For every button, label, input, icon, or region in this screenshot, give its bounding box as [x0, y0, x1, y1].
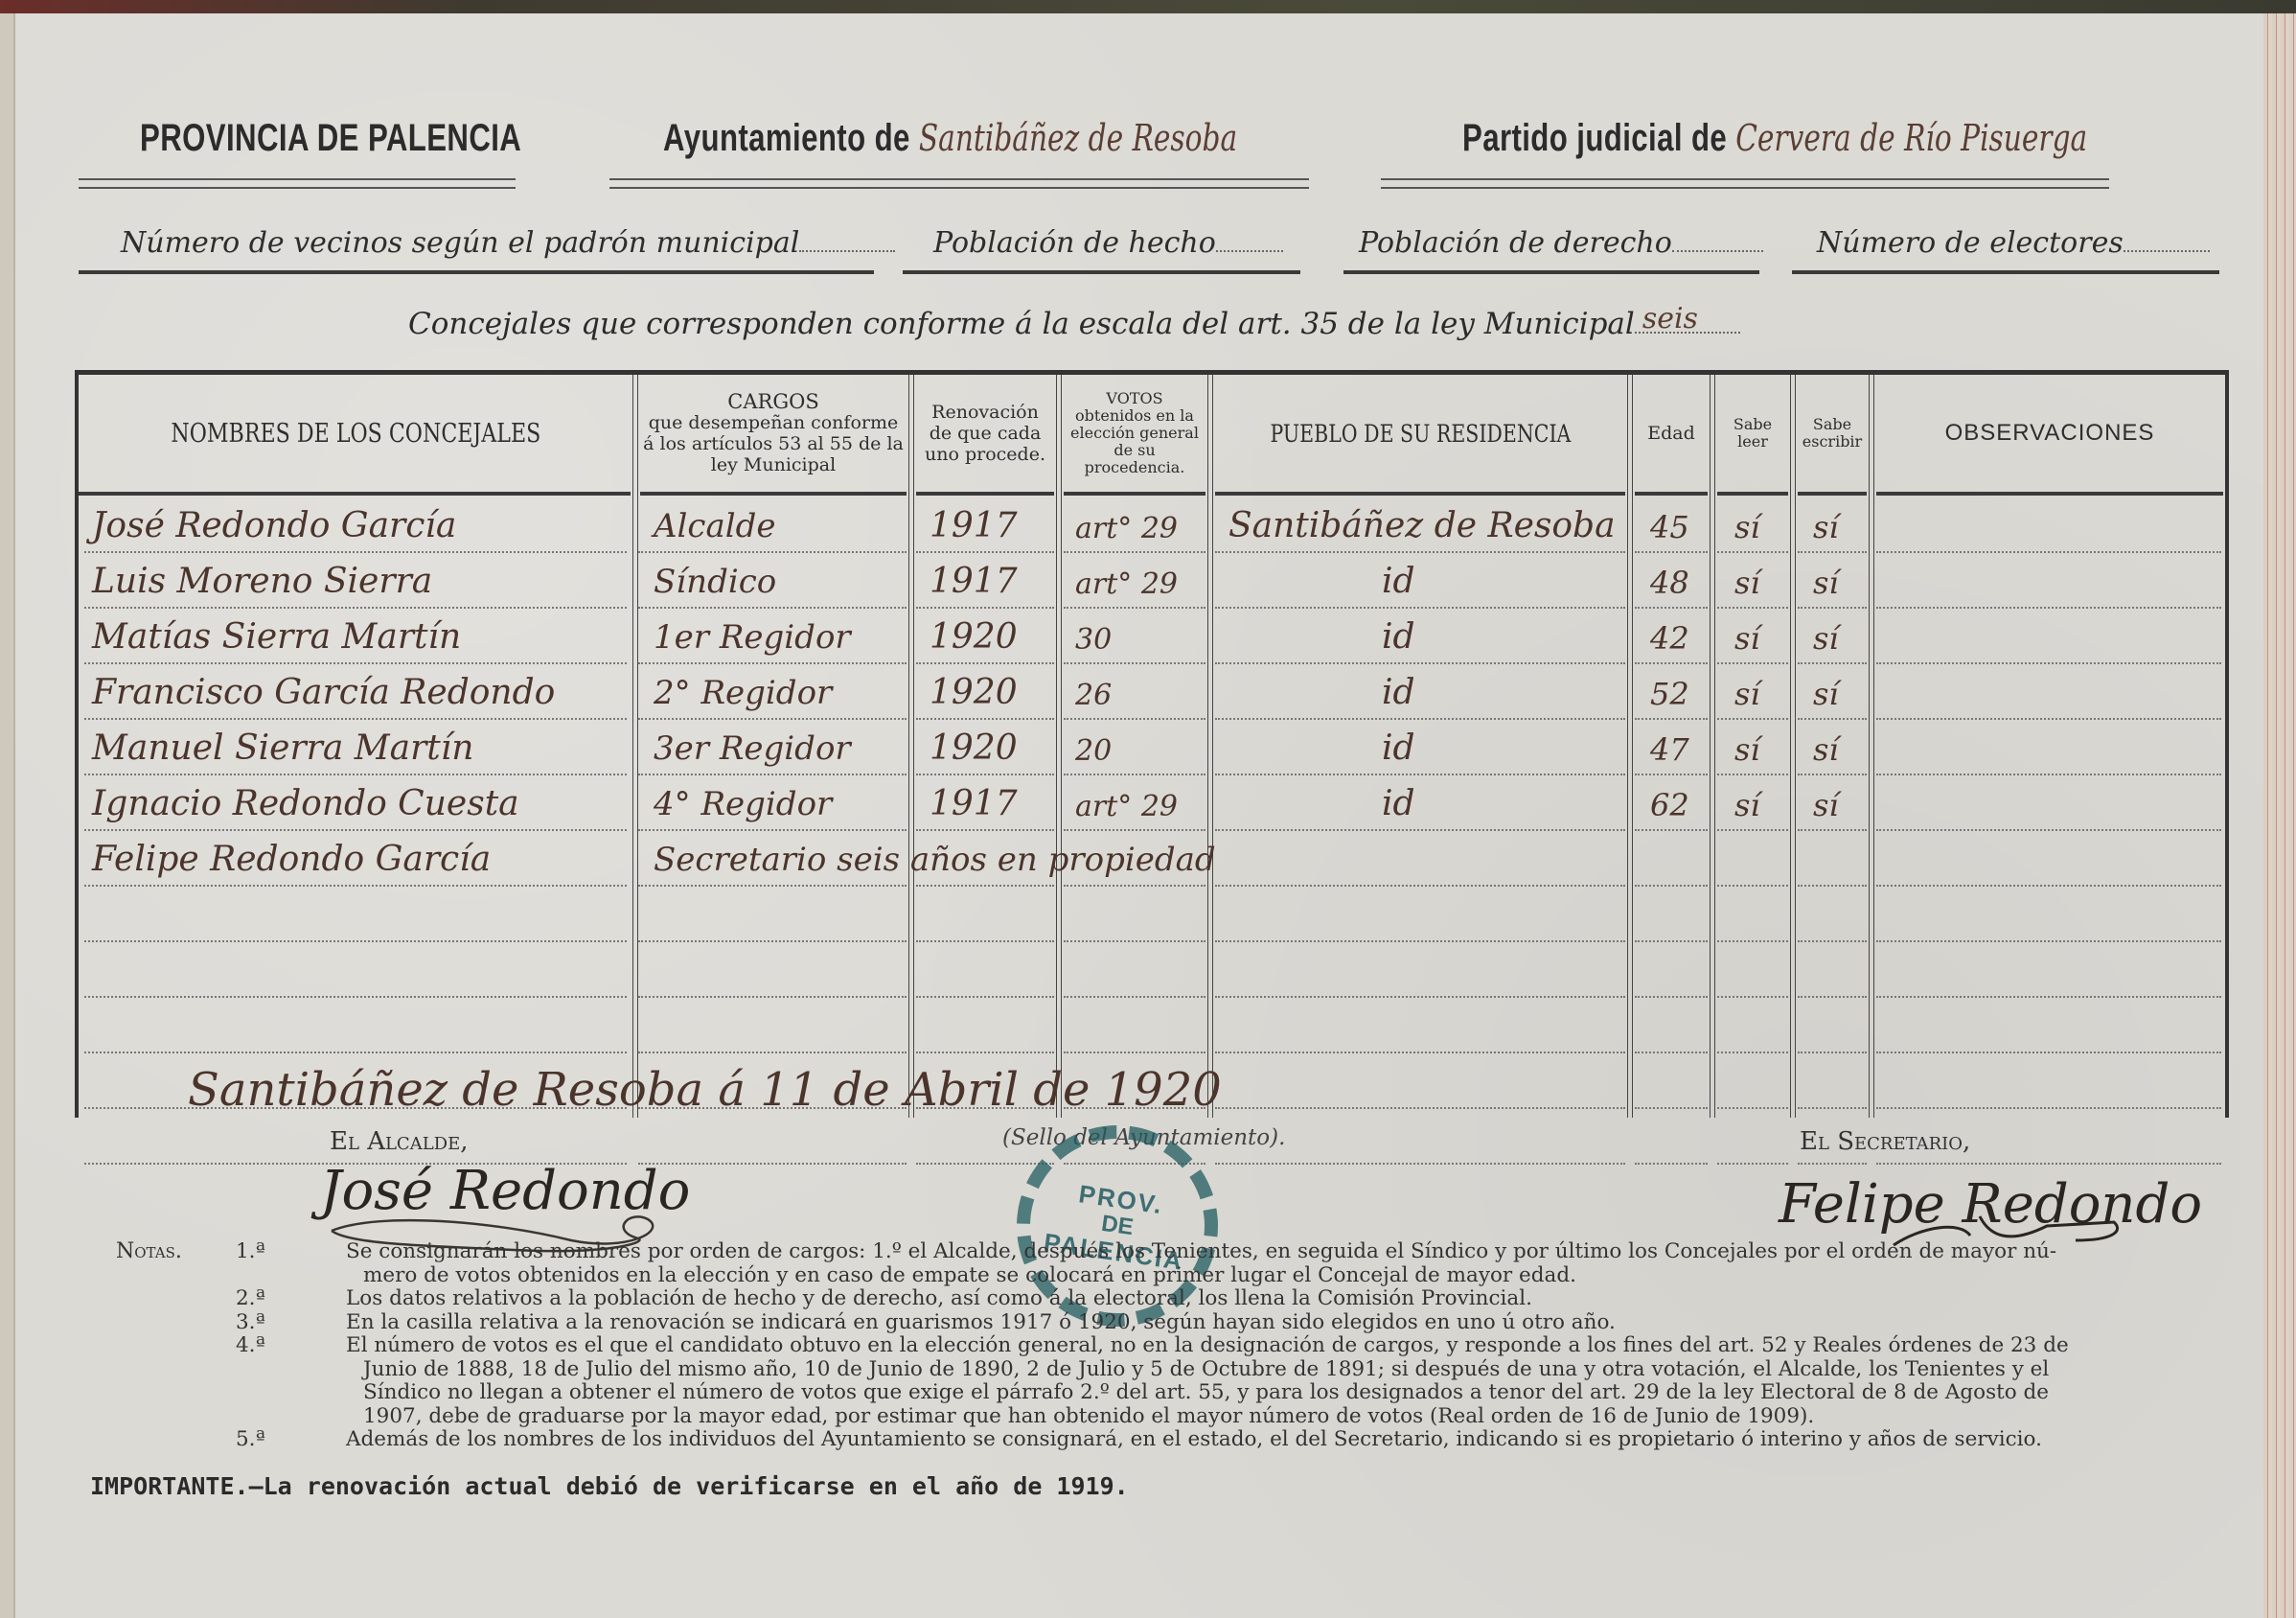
cell-votos: 26: [1075, 679, 1112, 712]
cell-nombre: Luis Moreno Sierra: [92, 562, 432, 601]
electores-label: Número de electores: [1817, 226, 2124, 260]
poblacion-hecho-label: Población de hecho: [933, 226, 1216, 260]
cell-cargo: Secretario seis años en propiedad: [654, 841, 1216, 879]
row-dotted-rule: [1215, 1163, 1625, 1165]
header-sabe-escribir-label: Sabe escribir: [1796, 416, 1869, 451]
poblacion-derecho-label: Población de derecho: [1359, 226, 1672, 260]
header-edad-label: Edad: [1647, 423, 1695, 444]
poblacion-derecho-field: Población de derecho: [1359, 226, 1763, 260]
header-pueblo: PUEBLO DE SU RESIDENCIA: [1213, 375, 1627, 492]
table-row: Luis Moreno SierraSíndico1917art° 29id48…: [79, 553, 2225, 609]
cell-renovacion: 1917: [930, 506, 1018, 545]
cell-cargo: 3er Regidor: [654, 729, 851, 768]
note-number: 5.ª: [236, 1428, 265, 1452]
cell-nombre: Felipe Redondo García: [92, 840, 491, 879]
cell-cargo: Alcalde: [654, 507, 776, 545]
cell-pueblo: id: [1382, 784, 1415, 823]
note-5: 5.ª Además de los nombres de los individ…: [116, 1428, 2243, 1452]
partido-label: Partido judicial de: [1462, 117, 1727, 159]
cell-escribir: sí: [1813, 731, 1839, 768]
provincia-heading: PROVINCIA DE PALENCIA: [140, 117, 521, 160]
header-renovacion-label: Renovación de que cada uno procede.: [914, 402, 1056, 465]
cell-pueblo: id: [1382, 562, 1415, 601]
cell-escribir: sí: [1813, 676, 1839, 712]
cell-renovacion: 1920: [930, 673, 1018, 712]
cell-edad: 45: [1650, 509, 1689, 545]
cell-escribir: sí: [1813, 620, 1839, 657]
header-rule: [1381, 178, 2109, 189]
header-observaciones-label: OBSERVACIONES: [1945, 420, 2155, 447]
cell-escribir: sí: [1813, 787, 1839, 823]
row-dotted-rule: [1798, 1163, 1867, 1165]
note-3: 3.ª En la casilla relativa a la renovaci…: [116, 1311, 2243, 1335]
header-rule: [1215, 492, 1625, 496]
ayuntamiento-field: Ayuntamiento de Santibáñez de Resoba: [663, 117, 1237, 160]
cell-renovacion: 1920: [930, 728, 1018, 768]
alcalde-label: El Alcalde,: [330, 1127, 469, 1156]
header-sabe-leer: Sabe leer: [1715, 375, 1790, 492]
table-row: Francisco García Redondo2° Regidor192026…: [79, 664, 2225, 720]
cell-pueblo: id: [1382, 617, 1415, 657]
cell-nombre: Matías Sierra Martín: [92, 617, 461, 657]
cell-nombre: Francisco García Redondo: [92, 673, 555, 712]
header-rule: [1798, 492, 1867, 496]
electores-field: Número de electores: [1817, 226, 2210, 260]
header-rule: [1635, 492, 1708, 496]
cell-cargo: 1er Regidor: [654, 618, 851, 657]
poblacion-derecho-value: [1672, 233, 1763, 252]
cell-cargo: 4° Regidor: [654, 785, 832, 823]
form-page: PROVINCIA DE PALENCIA Ayuntamiento de Sa…: [13, 13, 2267, 1618]
cell-cargo: 2° Regidor: [654, 674, 832, 712]
partido-judicial-field: Partido judicial de Cervera de Río Pisue…: [1462, 117, 2087, 160]
cell-pueblo: Santibáñez de Resoba: [1228, 506, 1616, 545]
header-renovacion: Renovación de que cada uno procede.: [914, 375, 1056, 492]
cell-nombre: Manuel Sierra Martín: [92, 728, 473, 768]
notes-section: Notas. 1.ª Se consignarán los nombres po…: [116, 1240, 2243, 1452]
ayuntamiento-value: Santibáñez de Resoba: [919, 117, 1237, 159]
table-row: [79, 942, 2225, 998]
field-rule: [1343, 270, 1759, 274]
cell-renovacion: 1917: [930, 562, 1018, 601]
header-votos: VOTOS obtenidos en la elección general d…: [1062, 375, 1207, 492]
header-cargos: CARGOS que desempeñan conforme á los art…: [638, 375, 908, 492]
header-rule: [1064, 492, 1205, 496]
header-cargos-title: CARGOS: [727, 391, 818, 412]
note-4: 4.ª El número de votos es el que el cand…: [116, 1334, 2243, 1428]
cell-leer: sí: [1734, 620, 1760, 657]
cell-escribir: sí: [1813, 509, 1839, 545]
cell-leer: sí: [1734, 565, 1760, 601]
table-row: Manuel Sierra Martín3er Regidor192020id4…: [79, 720, 2225, 775]
vecinos-field: Número de vecinos según el padrón munici…: [121, 226, 895, 260]
poblacion-hecho-value: [1216, 233, 1283, 252]
header-votos-label: obtenidos en la elección general de su p…: [1062, 407, 1207, 476]
ayuntamiento-label: Ayuntamiento de: [663, 117, 910, 159]
header-votos-title: VOTOS: [1106, 390, 1162, 407]
electores-value: [2124, 233, 2210, 252]
note-line: Junio de 1888, 18 de Julio del mismo año…: [346, 1358, 2243, 1382]
cell-leer: sí: [1734, 676, 1760, 712]
cell-leer: sí: [1734, 787, 1760, 823]
header-observaciones: OBSERVACIONES: [1874, 375, 2225, 492]
header-nombres-label: NOMBRES DE LOS CONCEJALES: [171, 419, 540, 449]
row-dotted-rule: [1635, 1163, 1708, 1165]
page-edge-right: [2263, 13, 2296, 1618]
cell-edad: 52: [1650, 676, 1689, 712]
note-line: En la casilla relativa a la renovación s…: [346, 1311, 2243, 1335]
cell-votos: 30: [1075, 623, 1112, 657]
row-dotted-rule: [1717, 1163, 1788, 1165]
header-rule: [609, 178, 1309, 189]
concejales-count-field: Concejales que corresponden conforme á l…: [408, 307, 1740, 341]
cell-edad: 47: [1650, 731, 1689, 768]
cell-votos: art° 29: [1075, 512, 1178, 545]
cell-edad: 48: [1650, 565, 1689, 601]
note-number: 1.ª: [236, 1240, 265, 1264]
note-number: 4.ª: [236, 1334, 265, 1358]
concejales-value-line: seis: [1635, 314, 1740, 334]
header-rule: [640, 492, 907, 496]
header-pueblo-label: PUEBLO DE SU RESIDENCIA: [1270, 420, 1571, 448]
note-line: Síndico no llegan a obtener el número de…: [346, 1381, 2243, 1405]
vecinos-value: [799, 233, 895, 252]
note-1: Notas. 1.ª Se consignarán los nombres po…: [116, 1240, 2243, 1287]
notes-label: Notas.: [116, 1240, 182, 1264]
cell-renovacion: 1917: [930, 784, 1018, 823]
table-row: Ignacio Redondo Cuesta4° Regidor1917art°…: [79, 775, 2225, 831]
header-rule: [79, 178, 516, 189]
table-row: [79, 887, 2225, 942]
header-nombres: NOMBRES DE LOS CONCEJALES: [79, 375, 632, 492]
secretario-label: El Secretario,: [1800, 1127, 1970, 1156]
cell-pueblo: id: [1382, 728, 1415, 768]
note-line: Se consignarán los nombres por orden de …: [346, 1240, 2243, 1264]
note-number: 3.ª: [236, 1311, 265, 1335]
row-dotted-rule: [1876, 1163, 2221, 1165]
header-rule: [1876, 492, 2223, 496]
table-row: Felipe Redondo GarcíaSecretario seis año…: [79, 831, 2225, 887]
cell-nombre: Ignacio Redondo Cuesta: [92, 784, 519, 823]
header-sabe-escribir: Sabe escribir: [1796, 375, 1869, 492]
note-number: 2.ª: [236, 1287, 265, 1311]
cell-renovacion: 1920: [930, 617, 1018, 657]
field-rule: [1792, 270, 2219, 274]
cell-nombre: José Redondo García: [92, 506, 456, 545]
header-rule: [916, 492, 1054, 496]
cell-escribir: sí: [1813, 565, 1839, 601]
cell-cargo: Síndico: [654, 563, 776, 601]
cell-leer: sí: [1734, 509, 1760, 545]
header-rule: [1717, 492, 1788, 496]
note-line: El número de votos es el que el candidat…: [346, 1334, 2243, 1358]
header-cargos-label: que desempeñan conforme á los artículos …: [638, 412, 908, 475]
cell-leer: sí: [1734, 731, 1760, 768]
place-date: Santibáñez de Resoba á 11 de Abril de 19…: [188, 1063, 1222, 1117]
partido-value: Cervera de Río Pisuerga: [1735, 117, 2087, 159]
table-row: José Redondo GarcíaAlcalde1917art° 29San…: [79, 497, 2225, 553]
concejales-table: NOMBRES DE LOS CONCEJALES CARGOS que des…: [75, 370, 2229, 1118]
cell-edad: 42: [1650, 620, 1689, 657]
table-row: Matías Sierra Martín1er Regidor192030id4…: [79, 609, 2225, 664]
field-rule: [903, 270, 1300, 274]
cell-votos: 20: [1075, 734, 1112, 768]
cell-pueblo: id: [1382, 673, 1415, 712]
note-line: mero de votos obtenidos en la elección y…: [346, 1264, 2243, 1288]
cell-votos: art° 29: [1075, 790, 1178, 823]
poblacion-hecho-field: Población de hecho: [933, 226, 1283, 260]
note-2: 2.ª Los datos relativos a la población d…: [116, 1287, 2243, 1311]
vecinos-label: Número de vecinos según el padrón munici…: [121, 226, 799, 260]
note-line: Los datos relativos a la población de he…: [346, 1287, 2243, 1311]
header-rule: [79, 492, 631, 496]
importante-notice: IMPORTANTE.—La renovación actual debió d…: [90, 1472, 1129, 1500]
cell-votos: art° 29: [1075, 567, 1178, 601]
header-edad: Edad: [1633, 375, 1710, 492]
field-rule: [79, 270, 874, 274]
concejales-value: seis: [1642, 302, 1698, 335]
header-sabe-leer-label: Sabe leer: [1715, 416, 1790, 451]
row-dotted-rule: [916, 1163, 1054, 1165]
cell-edad: 62: [1650, 787, 1689, 823]
note-line: 1907, debe de graduarse por la mayor eda…: [346, 1405, 2243, 1429]
table-row: [79, 998, 2225, 1053]
note-line: Además de los nombres de los individuos …: [346, 1428, 2243, 1452]
concejales-label: Concejales que corresponden conforme á l…: [408, 307, 1635, 341]
